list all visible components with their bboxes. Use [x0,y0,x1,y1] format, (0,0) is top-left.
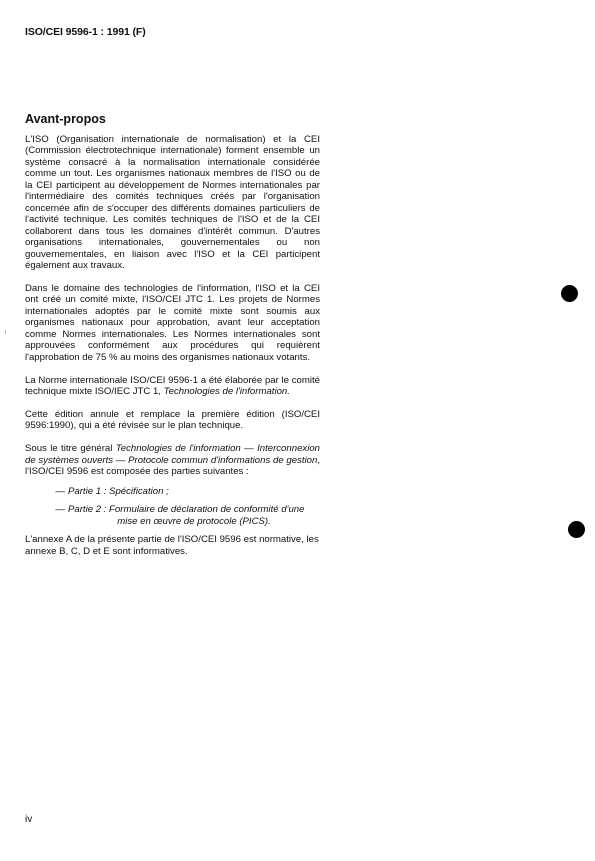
committee-title: Technologies de l'information. [164,386,290,397]
section-title: Avant-propos [25,112,106,126]
parts-list-item: — Partie 1 : Spécification ; [25,486,320,497]
general-title-intro: Sous le titre général [25,443,116,454]
part-label: Partie 2 : Formulaire de déclaration de … [68,504,320,527]
paragraph-iso-cei-intro: L'ISO (Organisation internationale de no… [25,134,320,271]
paragraph-edition: Cette édition annule et remplace la prem… [25,409,320,432]
em-dash-bullet: — [25,504,68,527]
scan-artifact-mark [5,330,8,334]
part-label-line1: Partie 2 : Formulaire de déclaration de … [68,504,304,515]
paragraph-annexes: L'annexe A de la présente partie de l'IS… [25,534,320,557]
body-text-column: L'ISO (Organisation internationale de no… [25,134,320,569]
parts-list-item: — Partie 2 : Formulaire de déclaration d… [25,504,320,527]
part-label: Partie 1 : Spécification ; [68,486,320,497]
page-number: iv [25,814,32,825]
paragraph-jtc1: Dans le domaine des technologies de l'in… [25,283,320,363]
em-dash-bullet: — [25,486,68,497]
document-reference-header: ISO/CEI 9596-1 : 1991 (F) [25,26,146,38]
paragraph-general-title: Sous le titre général Technologies de l'… [25,443,320,477]
parts-list: — Partie 1 : Spécification ; — Partie 2 … [25,486,320,527]
part-label-line2: mise en œuvre de protocole (PICS). [68,516,320,527]
punch-hole-icon [561,285,578,302]
punch-hole-icon [568,521,585,538]
paragraph-elaboration: La Norme internationale ISO/CEI 9596-1 a… [25,375,320,398]
